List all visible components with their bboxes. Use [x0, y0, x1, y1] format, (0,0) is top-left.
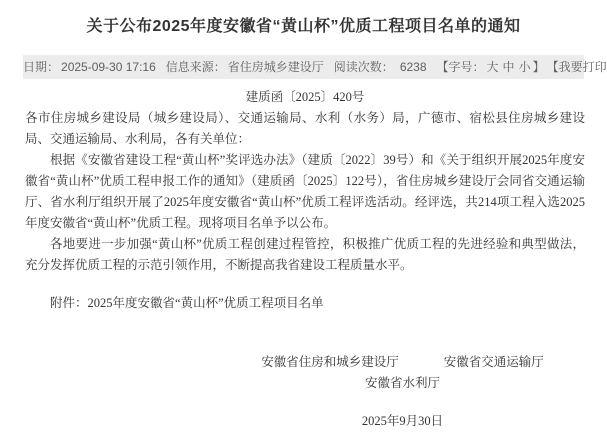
source-value: 省住房城乡建设厅: [228, 60, 324, 74]
notice-page: 关于公布2025年度安徽省“黄山杯”优质工程项目名单的通知 日期：2025-09…: [0, 0, 607, 434]
font-size-large-button[interactable]: 大: [487, 60, 499, 74]
views-count: 6238: [400, 60, 427, 74]
font-size-prefix: 【字号：: [437, 60, 485, 74]
signature-housing-dept: 安徽省住房和城乡建设厅: [261, 352, 399, 373]
issue-date: 2025年9月30日: [220, 411, 585, 432]
salutation-line: 各市住房城乡建设局（城乡建设局）、交通运输局、水利（水务）局，广德市、宿松县住房…: [25, 108, 585, 150]
print-button[interactable]: 【我要打印】: [553, 60, 607, 74]
body-paragraph: 各地要进一步加强“黄山杯”优质工程创建过程管控，积极推广优质工程的先进经验和典型…: [25, 234, 585, 276]
date-label: 日期：: [23, 60, 59, 74]
document-body: 建质函〔2025〕420号 各市住房城乡建设局（城乡建设局）、交通运输局、水利（…: [0, 87, 607, 432]
views-label: 阅读次数：: [334, 60, 394, 74]
document-number: 建质函〔2025〕420号: [25, 87, 585, 108]
signature-row-1: 安徽省住房和城乡建设厅 安徽省交通运输厅: [220, 352, 585, 373]
font-size-small-button[interactable]: 小: [519, 60, 531, 74]
attachment-row: 附件：2025年度安徽省“黄山杯”优质工程项目名单: [25, 293, 585, 314]
source-label: 信息来源：: [166, 60, 226, 74]
font-size-medium-button[interactable]: 中: [503, 60, 515, 74]
date-value: 2025-09-30 17:16: [61, 60, 156, 74]
meta-bar: 日期：2025-09-30 17:16信息来源：省住房城乡建设厅阅读次数：623…: [23, 55, 584, 79]
signature-transport-dept: 安徽省交通运输厅: [444, 352, 544, 373]
attachment-label: 附件：: [50, 296, 88, 310]
font-size-suffix: 】: [533, 60, 545, 74]
page-title: 关于公布2025年度安徽省“黄山杯”优质工程项目名单的通知: [0, 0, 607, 36]
attachment-link[interactable]: 2025年度安徽省“黄山杯”优质工程项目名单: [88, 296, 324, 310]
signature-water-dept: 安徽省水利厅: [220, 373, 585, 394]
signature-block: 安徽省住房和城乡建设厅 安徽省交通运输厅 安徽省水利厅 2025年9月30日: [25, 352, 585, 432]
body-paragraph: 根据《安徽省建设工程“黄山杯”奖评选办法》（建质〔2022〕39号）和《关于组织…: [25, 150, 585, 234]
